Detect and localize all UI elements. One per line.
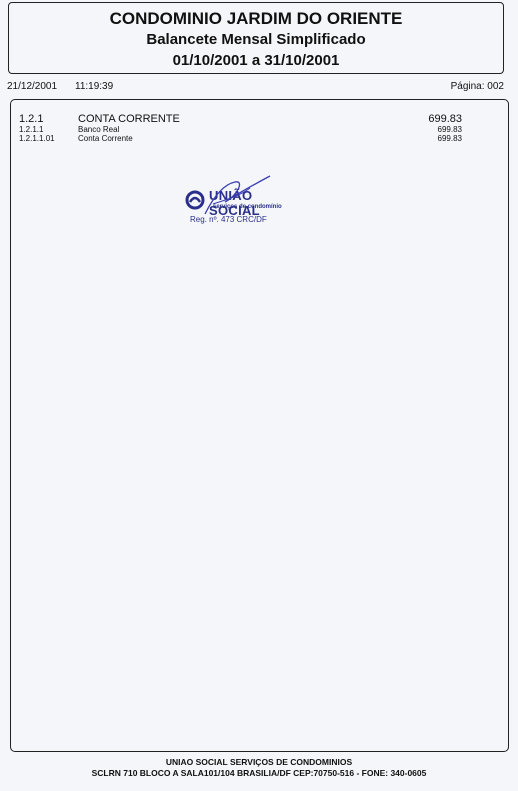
account-amount: 699.83 xyxy=(438,125,462,134)
account-code: 1.2.1 xyxy=(19,113,43,125)
report-title: Balancete Mensal Simplificado xyxy=(9,31,503,48)
print-date: 21/12/2001 xyxy=(7,81,57,92)
signature-icon xyxy=(195,174,275,224)
footer-address: SCLRN 710 BLOCO A SALA101/104 BRASILIA/D… xyxy=(0,768,518,778)
report-header: CONDOMINIO JARDIM DO ORIENTE Balancete M… xyxy=(8,2,504,74)
condominium-name: CONDOMINIO JARDIM DO ORIENTE xyxy=(9,9,503,29)
account-amount: 699.83 xyxy=(428,113,462,125)
page-number: Página: 002 xyxy=(451,81,504,92)
print-time: 11:19:39 xyxy=(75,81,113,92)
account-description: Conta Corrente xyxy=(78,134,133,143)
account-amount: 699.83 xyxy=(438,134,462,143)
account-description: CONTA CORRENTE xyxy=(78,113,180,125)
account-description: Banco Real xyxy=(78,125,119,134)
account-code: 1.2.1.1 xyxy=(19,125,43,134)
report-period: 01/10/2001 a 31/10/2001 xyxy=(9,52,503,69)
account-code: 1.2.1.1.01 xyxy=(19,134,55,143)
footer-company: UNIAO SOCIAL SERVIÇOS DE CONDOMINIOS xyxy=(0,757,518,767)
